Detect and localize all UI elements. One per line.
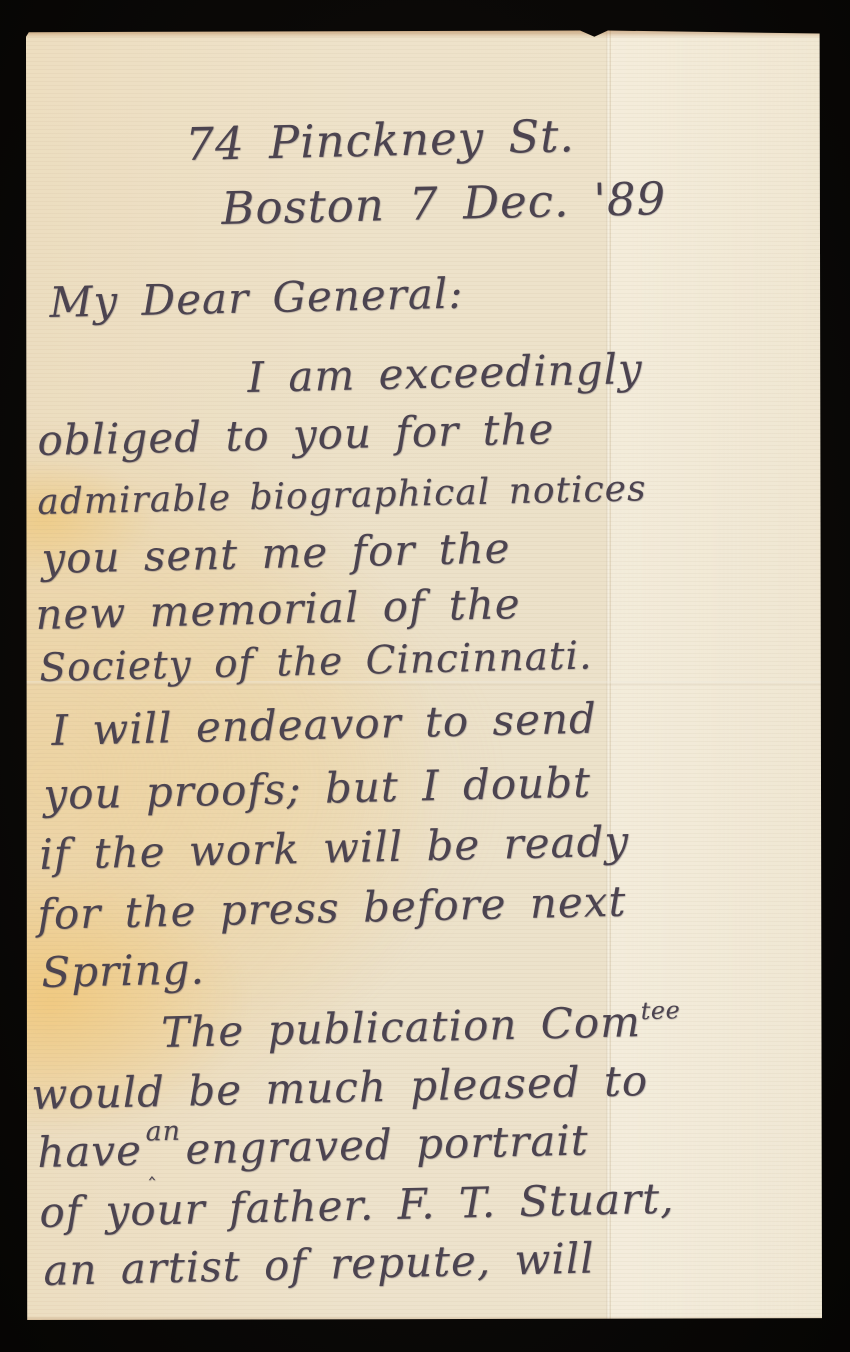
date-line: Boston 7 Dec. '89: [221, 173, 667, 235]
letter-line: The publication Comtee: [161, 995, 682, 1065]
letter-line: I am exceedingly: [247, 343, 643, 404]
letter-page: 74 Pinckney St. Boston 7 Dec. '89 My Dea…: [26, 29, 822, 1322]
letter-line: an artist of repute, will: [43, 1233, 595, 1297]
committee-superscript: tee: [640, 996, 680, 1025]
committee-abbreviation: The publication Com: [161, 997, 642, 1057]
letter-line: you proofs; but I doubt: [43, 757, 592, 821]
salutation-line: My Dear General:: [49, 268, 464, 329]
inserted-word: an: [145, 1116, 181, 1148]
line-text-rest: engraved portrait: [185, 1116, 589, 1174]
letter-line: Society of the Cincinnati.: [39, 630, 593, 695]
address-line: 74 Pinckney St.: [185, 110, 575, 171]
aged-bottom-edge: [26, 1316, 822, 1322]
interline-insertion: ‸an: [145, 1124, 182, 1183]
letter-line: would be much pleased to: [31, 1055, 649, 1121]
aged-top-edge: [26, 29, 822, 38]
letter-line: for the press before next: [37, 876, 627, 941]
line-text-start: have: [37, 1126, 143, 1177]
letter-line: I will endeavor to send: [51, 693, 598, 757]
letter-line: obliged to you for the: [37, 403, 555, 467]
letter-line: if the work will be ready: [39, 816, 630, 881]
letter-line: have‸anengraved portrait: [37, 1115, 590, 1185]
letter-line: Spring.: [41, 943, 206, 999]
letter-line: admirable biographical notices: [37, 463, 647, 529]
photo-background: 74 Pinckney St. Boston 7 Dec. '89 My Dea…: [0, 0, 850, 1352]
letter-line: you sent me for the: [41, 522, 511, 585]
letter-line: new memorial of the: [35, 578, 521, 641]
